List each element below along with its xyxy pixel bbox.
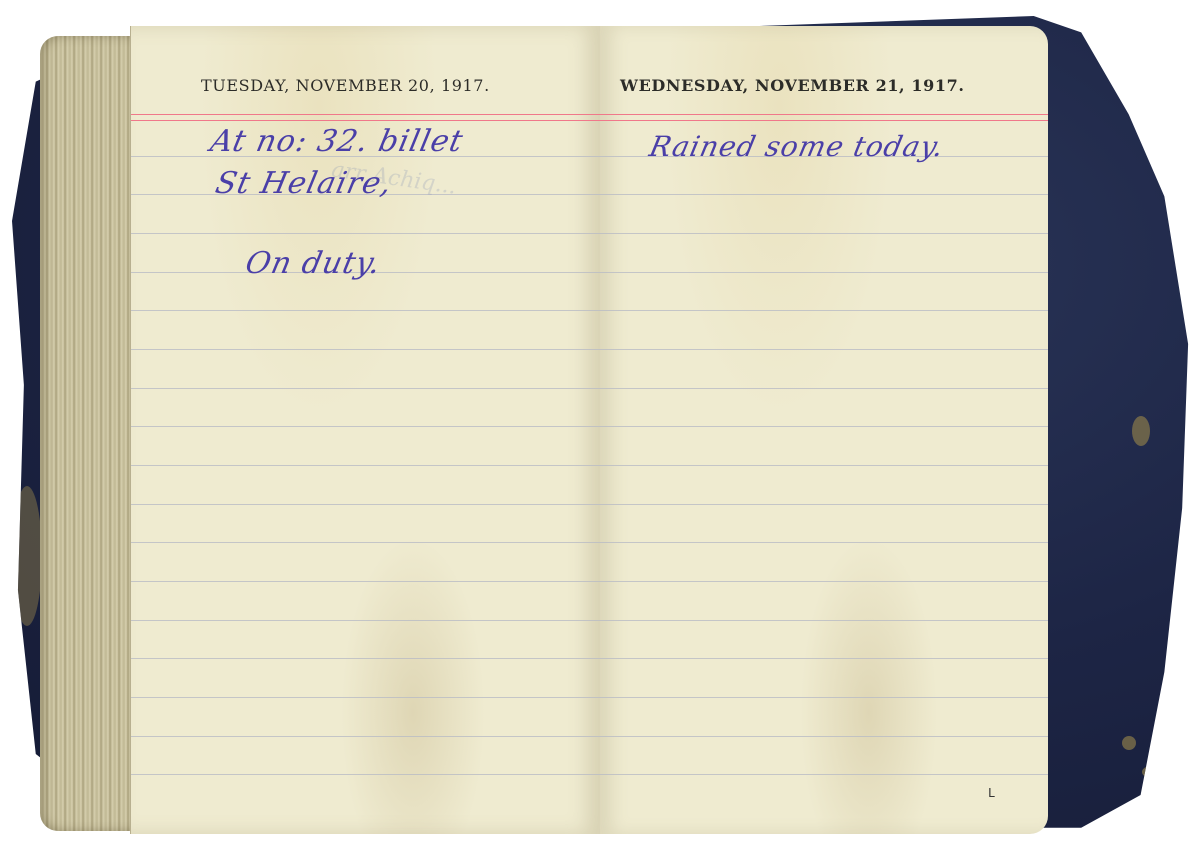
page-mark: L <box>988 786 995 800</box>
entry-line-1: At no: 32. billet <box>207 124 466 159</box>
left-page: TUESDAY, NOVEMBER 20, 1917. arr Achiq...… <box>130 26 601 834</box>
cover-stain <box>1132 416 1150 446</box>
cover-stain <box>12 486 42 626</box>
entry-line-2: St Helaire, <box>212 166 395 201</box>
right-page: WEDNESDAY, NOVEMBER 21, 1917. Rained som… <box>600 26 1048 834</box>
cover-stain <box>1122 736 1136 750</box>
entry-line-3: On duty. <box>242 246 384 281</box>
page-edges <box>40 36 140 831</box>
entry-line-1: Rained some today. <box>646 130 947 163</box>
red-rule <box>600 114 1048 121</box>
cover-stain <box>1142 766 1160 778</box>
date-header-left: TUESDAY, NOVEMBER 20, 1917. <box>201 76 490 95</box>
red-rule <box>131 114 601 121</box>
date-header-right: WEDNESDAY, NOVEMBER 21, 1917. <box>620 76 965 95</box>
